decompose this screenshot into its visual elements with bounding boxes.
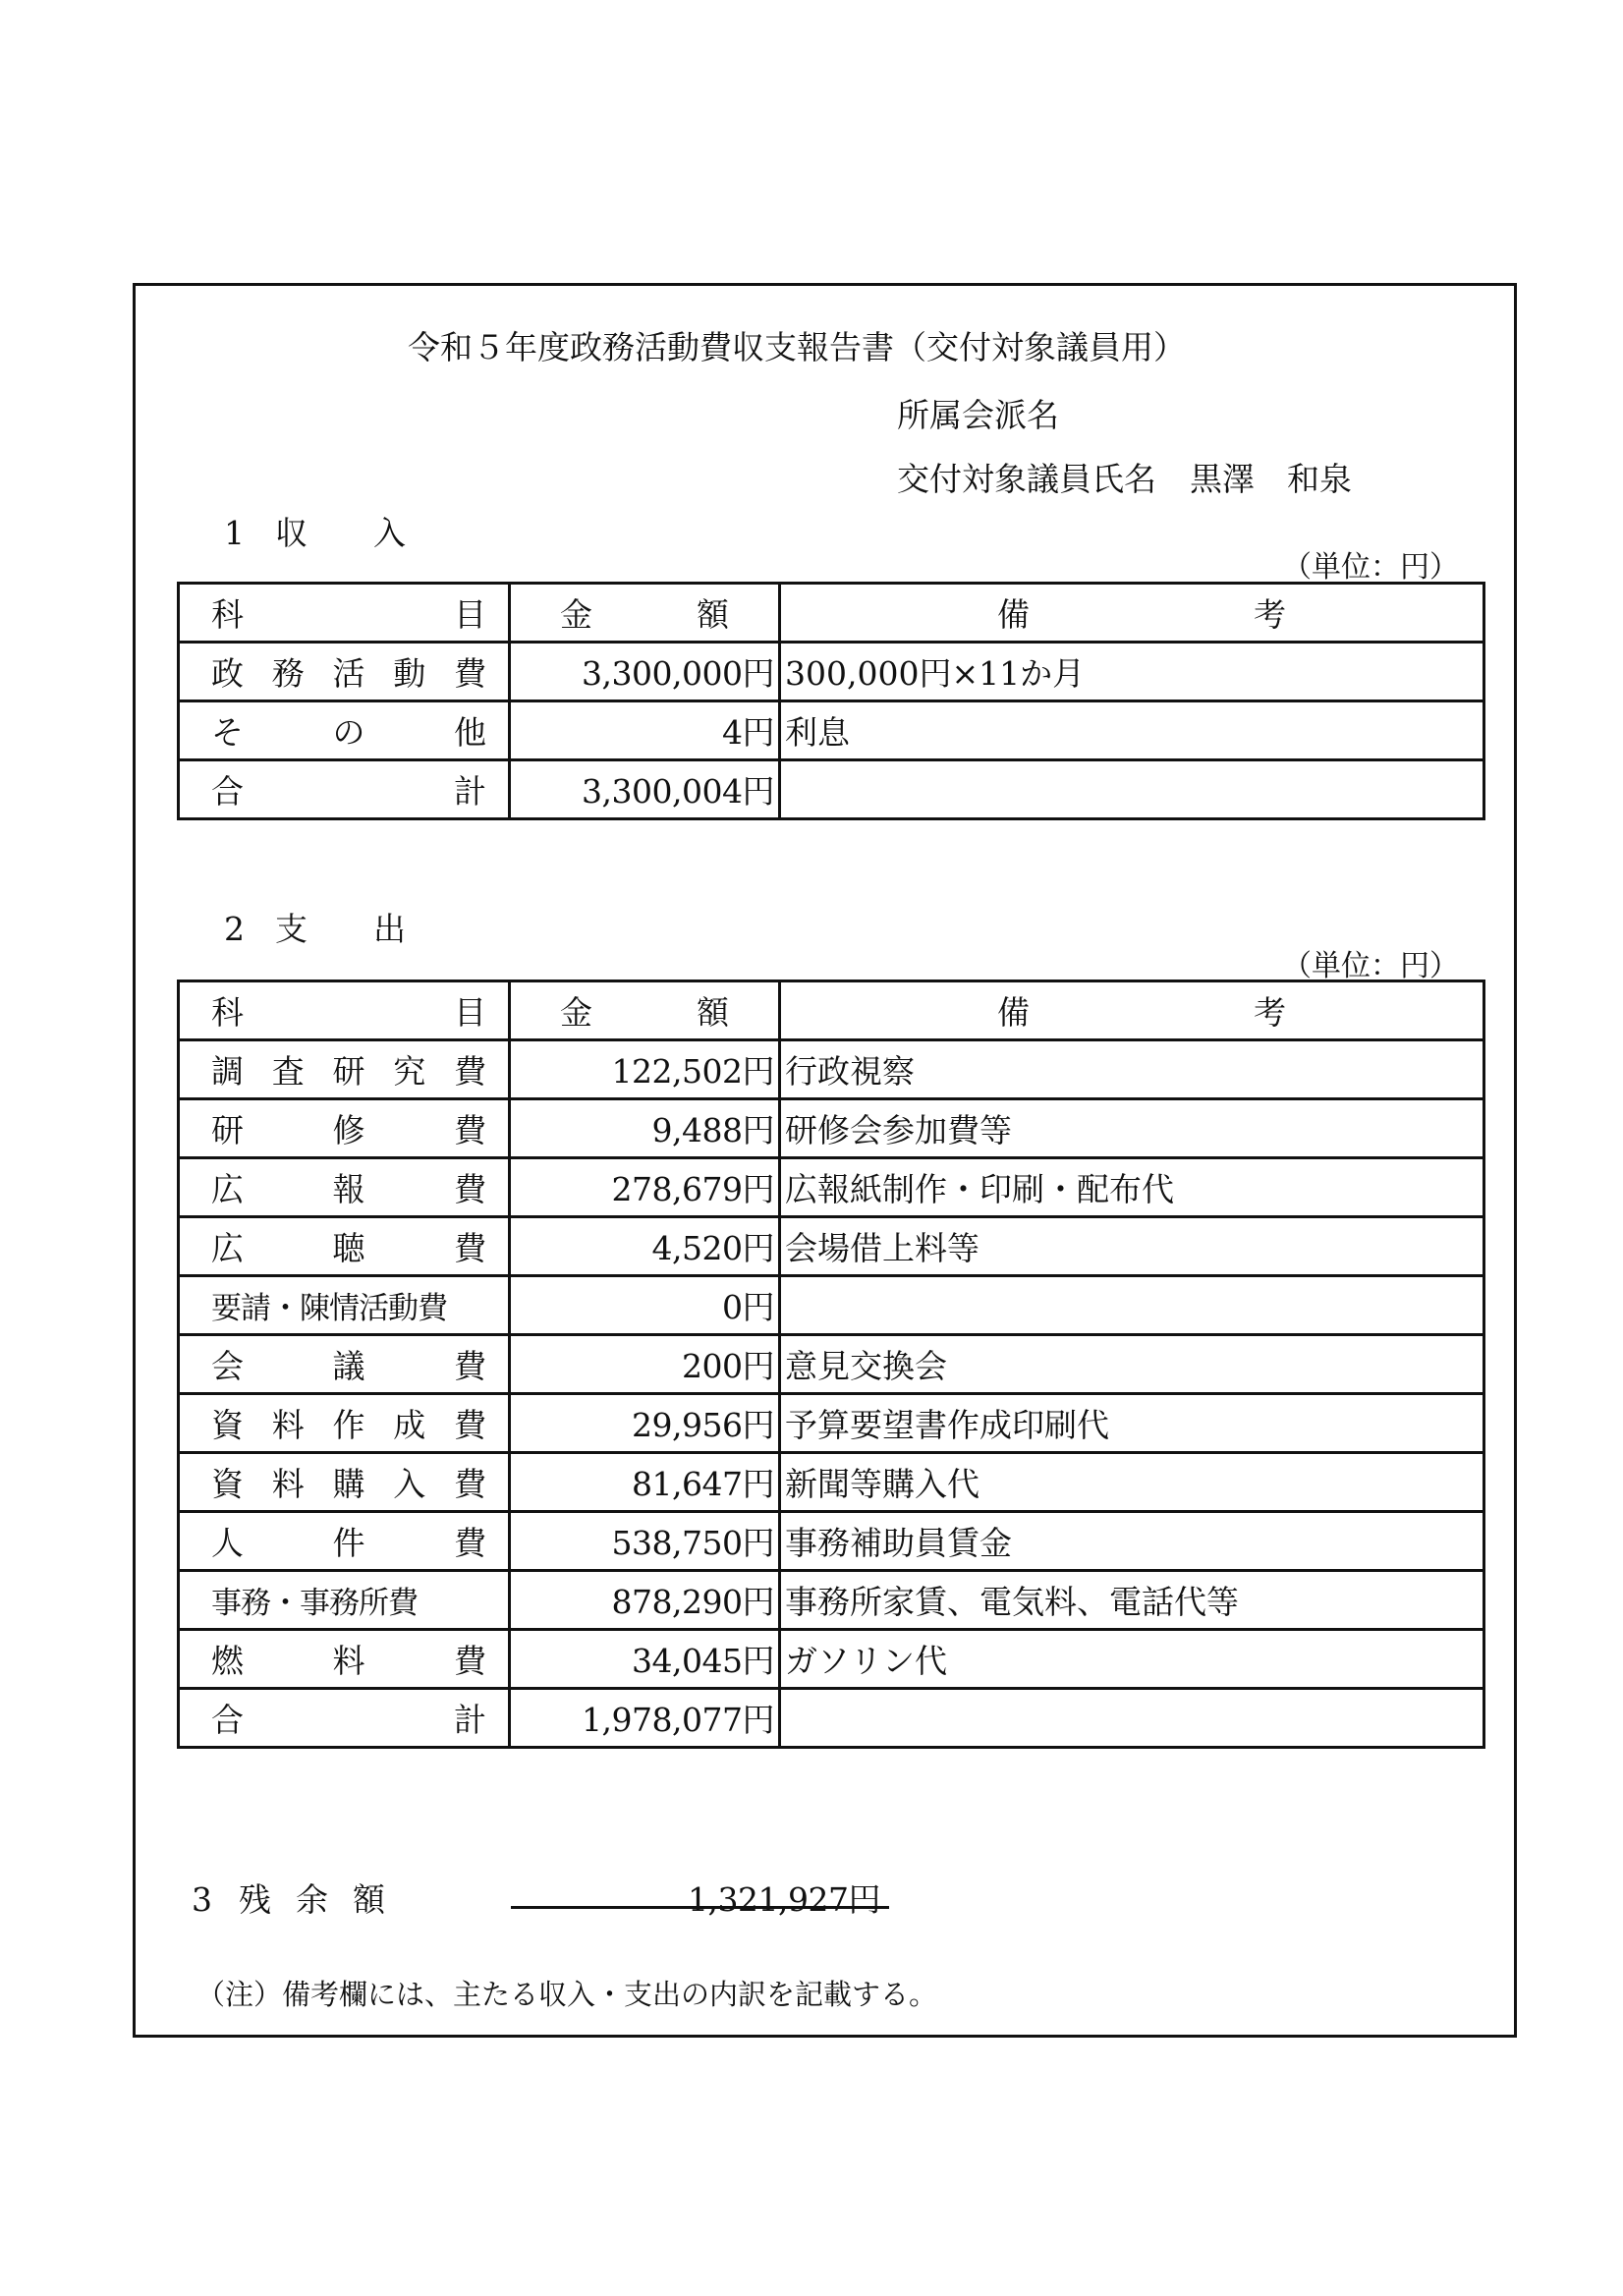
faction-label: 所属会派名	[897, 396, 1059, 434]
row-note: 意見交換会	[780, 1335, 1484, 1394]
table-row: 合計1,978,077円	[179, 1689, 1484, 1748]
row-note: 研修会参加費等	[780, 1099, 1484, 1158]
row-note: 新聞等購入代	[780, 1453, 1484, 1512]
row-item: 調査研究費	[179, 1040, 510, 1099]
section-number: 2	[224, 910, 275, 948]
row-note: 300,000円×11か月	[780, 643, 1484, 701]
row-item: 政務活動費	[179, 643, 510, 701]
balance-label-char: 残	[239, 1875, 296, 1921]
report-title: 令和５年度政務活動費収支報告書（交付対象議員用）	[408, 322, 1186, 368]
row-amount: 278,679円	[510, 1158, 780, 1217]
row-note: 予算要望書作成印刷代	[780, 1394, 1484, 1453]
table-row: 資料購入費81,647円新聞等購入代	[179, 1453, 1484, 1512]
table-row: 研修費9,488円研修会参加費等	[179, 1099, 1484, 1158]
row-amount: 3,300,000円	[510, 643, 780, 701]
balance-heading: 3残余額	[192, 1875, 385, 1921]
row-amount: 34,045円	[510, 1630, 780, 1689]
section-number: 3	[192, 1880, 239, 1919]
income-unit-label: （単位：円）	[1282, 542, 1459, 586]
row-amount: 1,978,077円	[510, 1689, 780, 1748]
expense-unit-label: （単位：円）	[1282, 941, 1459, 984]
row-item: 広聴費	[179, 1217, 510, 1276]
expense-section-heading: 2支出	[224, 904, 406, 950]
row-amount: 878,290円	[510, 1571, 780, 1630]
row-note: 利息	[780, 701, 1484, 760]
row-item: 合計	[179, 1689, 510, 1748]
table-row: 燃料費34,045円ガソリン代	[179, 1630, 1484, 1689]
member-name: 黒澤 和泉	[1190, 460, 1352, 498]
header-amount: 金額	[510, 981, 780, 1040]
section-number: 1	[224, 514, 275, 552]
row-amount: 200円	[510, 1335, 780, 1394]
header-amount: 金額	[510, 584, 780, 643]
table-row: 政務活動費3,300,000円300,000円×11か月	[179, 643, 1484, 701]
expense-table: 科目 金額 備考 調査研究費122,502円行政視察研修費9,488円研修会参加…	[177, 980, 1485, 1749]
row-amount: 4円	[510, 701, 780, 760]
table-header-row: 科目 金額 備考	[179, 584, 1484, 643]
row-note: 広報紙制作・印刷・配布代	[780, 1158, 1484, 1217]
row-item: 研修費	[179, 1099, 510, 1158]
row-note: 行政視察	[780, 1040, 1484, 1099]
row-note: 事務所家賃、電気料、電話代等	[780, 1571, 1484, 1630]
table-row: 調査研究費122,502円行政視察	[179, 1040, 1484, 1099]
footnote: （注）備考欄には、主たる収入・支出の内訳を記載する。	[196, 1973, 937, 2013]
section-title-char: 支	[275, 904, 373, 950]
row-amount: 29,956円	[510, 1394, 780, 1453]
table-row: 広報費278,679円広報紙制作・印刷・配布代	[179, 1158, 1484, 1217]
balance-label-char: 余	[296, 1875, 353, 1921]
member-line: 交付対象議員氏名黒澤 和泉	[897, 454, 1352, 500]
row-item: 燃料費	[179, 1630, 510, 1689]
row-note: 事務補助員賃金	[780, 1512, 1484, 1571]
table-row: 資料作成費29,956円予算要望書作成印刷代	[179, 1394, 1484, 1453]
table-row: 会議費200円意見交換会	[179, 1335, 1484, 1394]
row-item: 資料作成費	[179, 1394, 510, 1453]
balance-amount: 1,321,927円	[688, 1875, 880, 1921]
balance-underline	[511, 1906, 889, 1909]
table-row: 要請・陳情活動費0円	[179, 1276, 1484, 1335]
table-header-row: 科目 金額 備考	[179, 981, 1484, 1040]
income-table: 科目 金額 備考 政務活動費3,300,000円300,000円×11か月その他…	[177, 582, 1485, 820]
row-note: ガソリン代	[780, 1630, 1484, 1689]
row-amount: 3,300,004円	[510, 760, 780, 819]
row-item: 人件費	[179, 1512, 510, 1571]
section-title-char: 収	[275, 508, 373, 554]
header-note: 備考	[780, 981, 1484, 1040]
row-item: 事務・事務所費	[179, 1571, 510, 1630]
member-label: 交付対象議員氏名	[897, 460, 1156, 498]
income-section-heading: 1収入	[224, 508, 406, 554]
row-item: 合計	[179, 760, 510, 819]
row-item: 資料購入費	[179, 1453, 510, 1512]
row-amount: 122,502円	[510, 1040, 780, 1099]
row-amount: 4,520円	[510, 1217, 780, 1276]
table-row: 人件費538,750円事務補助員賃金	[179, 1512, 1484, 1571]
row-amount: 9,488円	[510, 1099, 780, 1158]
balance-label-char: 額	[353, 1875, 385, 1921]
row-item: その他	[179, 701, 510, 760]
row-note	[780, 1276, 1484, 1335]
section-title-char: 出	[373, 904, 406, 950]
row-item: 要請・陳情活動費	[179, 1276, 510, 1335]
row-note	[780, 760, 1484, 819]
row-amount: 81,647円	[510, 1453, 780, 1512]
table-row: 事務・事務所費878,290円事務所家賃、電気料、電話代等	[179, 1571, 1484, 1630]
header-item: 科目	[179, 584, 510, 643]
row-item: 会議費	[179, 1335, 510, 1394]
table-row: 広聴費4,520円会場借上料等	[179, 1217, 1484, 1276]
table-row: 合計3,300,004円	[179, 760, 1484, 819]
row-note: 会場借上料等	[780, 1217, 1484, 1276]
table-row: その他4円利息	[179, 701, 1484, 760]
header-item: 科目	[179, 981, 510, 1040]
faction-line: 所属会派名	[897, 390, 1059, 436]
section-title-char: 入	[373, 508, 406, 554]
row-amount: 538,750円	[510, 1512, 780, 1571]
header-note: 備考	[780, 584, 1484, 643]
row-item: 広報費	[179, 1158, 510, 1217]
row-note	[780, 1689, 1484, 1748]
row-amount: 0円	[510, 1276, 780, 1335]
